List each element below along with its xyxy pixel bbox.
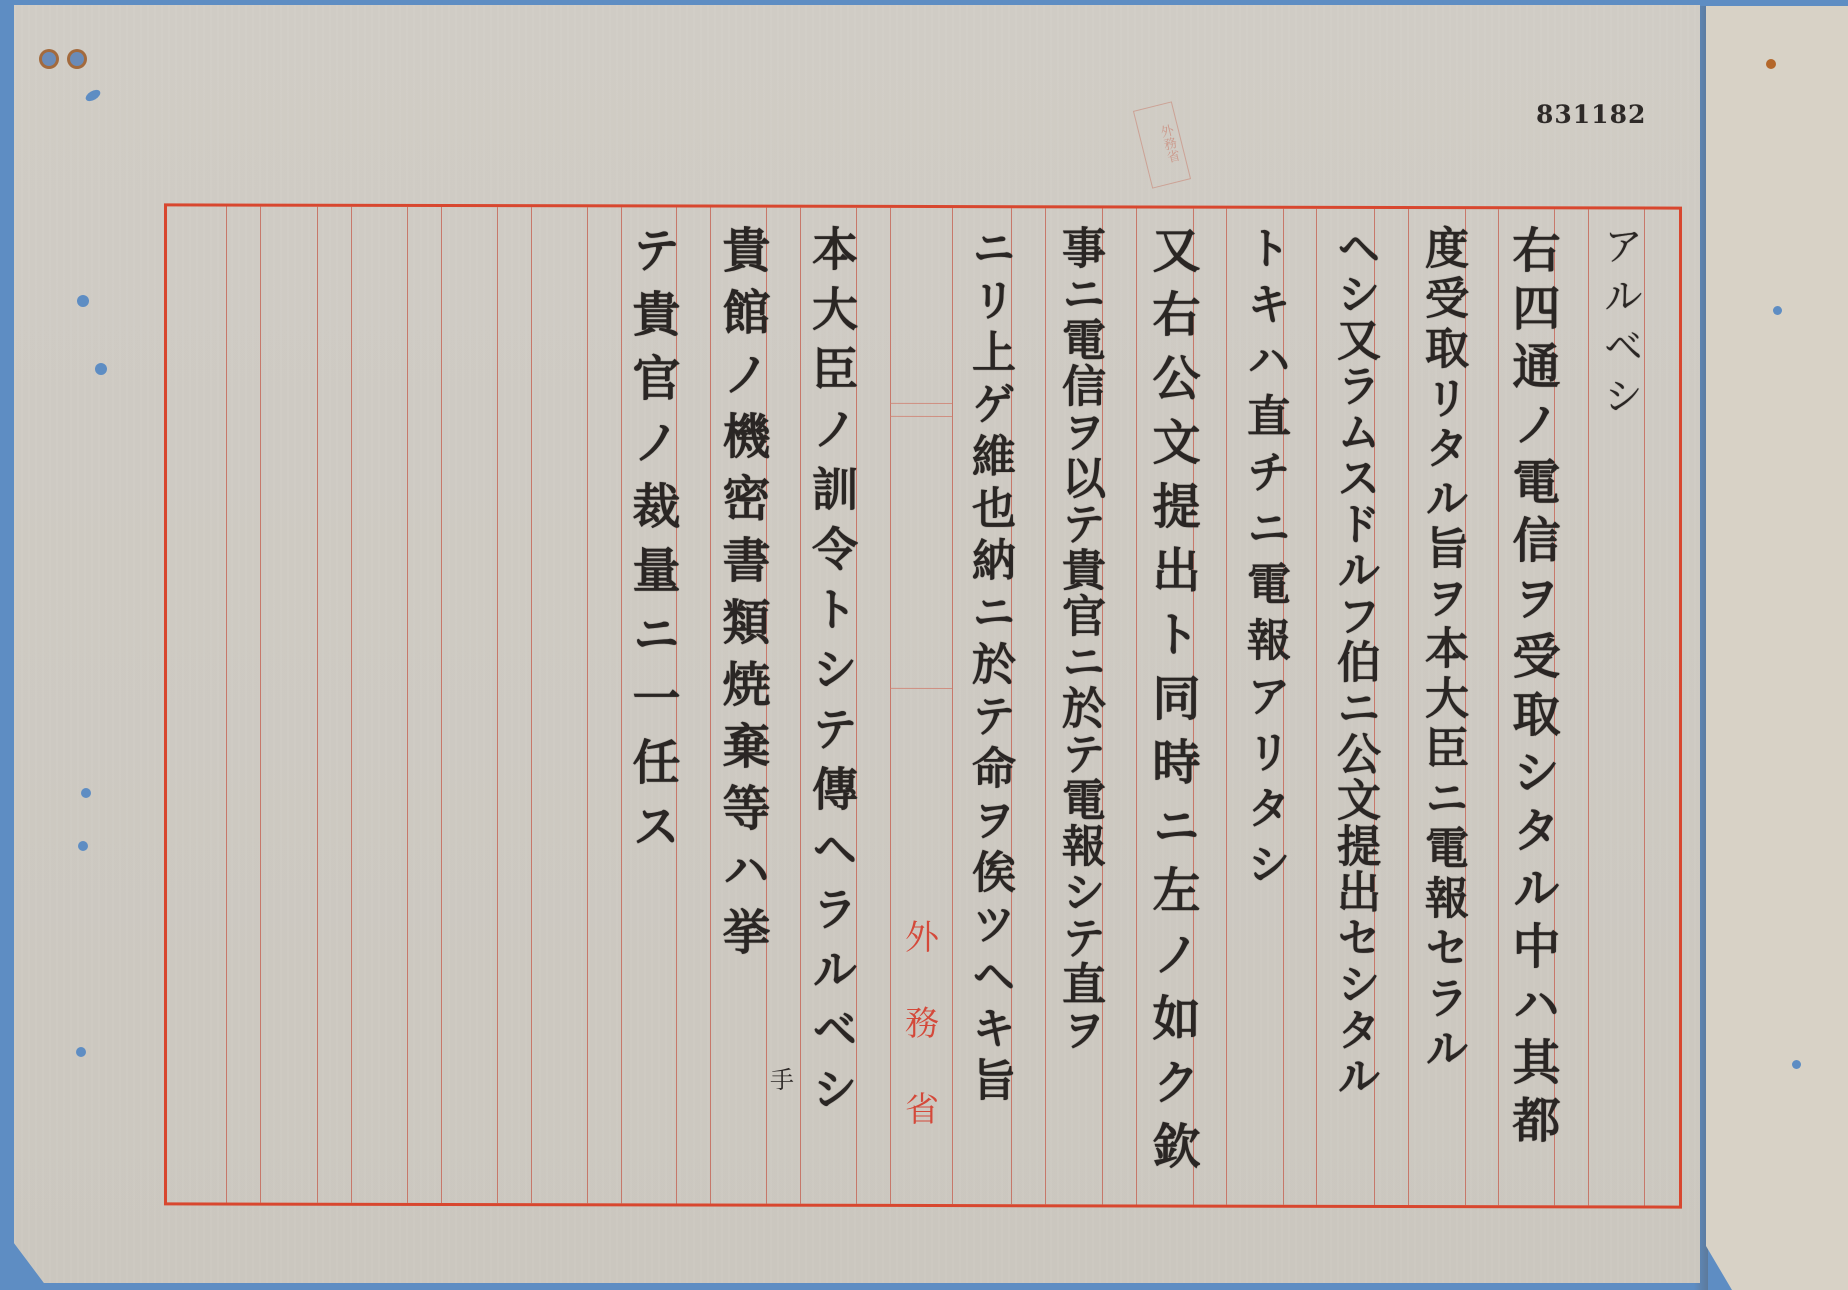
text-column: ニリ上ゲ維也納ニ於テ命ヲ俟ツヘキ旨	[957, 225, 1021, 1109]
binding-hole	[78, 841, 88, 851]
rust-hole	[70, 52, 84, 66]
ministry-char: 外	[902, 895, 942, 981]
text-column: テ貴官ノ裁量ニ一任ス	[620, 225, 684, 865]
ministry-char: 省	[902, 1067, 942, 1153]
rule-line	[531, 207, 532, 1203]
binding-hole	[1773, 306, 1782, 315]
margin-note: 手	[770, 1060, 794, 1095]
rule-line	[587, 207, 588, 1203]
text-column: 事ニ電信ヲ以テ貴官ニ於テ電報シテ直ヲ	[1047, 225, 1111, 1053]
text-column: アルベシ	[1595, 225, 1645, 425]
rule-line	[1408, 209, 1409, 1205]
rule-line	[317, 207, 318, 1203]
text-column: 又右公文提出ト同時ニ左ノ如ク欽	[1140, 225, 1204, 1185]
binding-hole	[95, 363, 107, 375]
ministry-char: 務	[902, 981, 942, 1067]
fold-mark	[890, 688, 952, 689]
rule-line	[1498, 209, 1499, 1205]
binding-hole	[81, 788, 91, 798]
rule-line	[351, 207, 352, 1203]
fold-column-rule	[952, 208, 953, 1204]
rust-spot	[1766, 59, 1776, 69]
binding-hole	[77, 295, 89, 307]
rule-line	[497, 207, 498, 1203]
adjacent-page	[1700, 6, 1848, 1290]
document-number: 831182	[1536, 100, 1646, 129]
text-column: トキハ直チニ電報アリタシ	[1232, 225, 1296, 897]
rule-line	[226, 207, 227, 1203]
rule-line	[1316, 209, 1317, 1205]
text-column: 度受取リタル旨ヲ本大臣ニ電報セラル	[1410, 225, 1474, 1075]
rule-line	[890, 208, 891, 1204]
rule-line	[407, 207, 408, 1203]
rule-line	[1588, 209, 1589, 1205]
ministry-mark: 外 務 省	[902, 895, 942, 1153]
fold-mark	[890, 403, 952, 404]
rule-line	[260, 207, 261, 1203]
text-column: 右四通ノ電信ヲ受取シタル中ハ其都	[1500, 225, 1564, 1153]
fold-mark	[890, 416, 952, 417]
rule-line	[1136, 208, 1137, 1204]
rule-line	[1226, 209, 1227, 1205]
text-column: ヘシ又ラムスドルフ伯ニ公文提出セシタル	[1322, 225, 1386, 1099]
binding-hole	[76, 1047, 86, 1057]
rule-line	[441, 207, 442, 1203]
binding-hole	[1792, 1060, 1801, 1069]
binding-hole	[84, 88, 102, 104]
text-column: 貴館ノ機密書類焼棄等ハ挙	[710, 225, 774, 969]
rule-line	[1045, 208, 1046, 1204]
text-column: 本大臣ノ訓令トシテ傳ヘラルベシ	[800, 225, 864, 1125]
rust-hole	[42, 52, 56, 66]
